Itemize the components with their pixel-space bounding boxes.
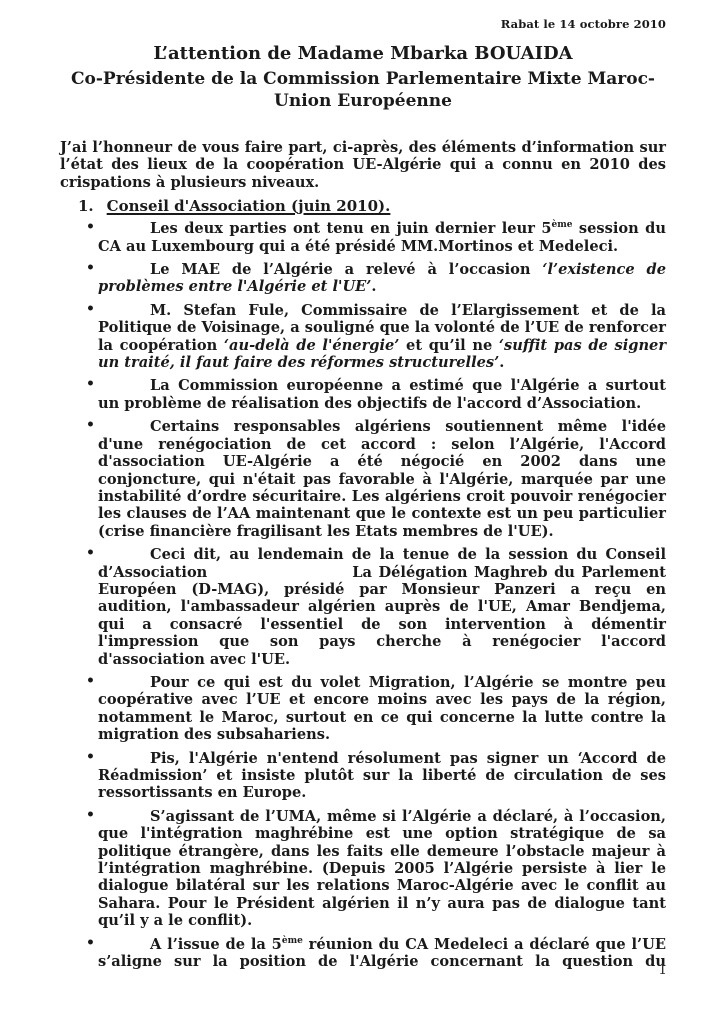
bullet-item: •La Commission européenne a estimé que l… [60, 377, 666, 412]
bullet-item: •S’agissant de l’UMA, même si l’Algérie … [60, 808, 666, 930]
text-segment: Certains responsables algériens soutienn… [98, 418, 666, 539]
bullet-item: •Le MAE de l’Algérie a relevé à l’occasi… [60, 261, 666, 296]
bullet-item: •Ceci dit, au lendemain de la tenue de l… [60, 546, 666, 668]
text-segment: . [371, 278, 376, 295]
text-segment: ème [551, 220, 572, 230]
bullet-item: •Pis, l'Algérie n'entend résolument pas … [60, 750, 666, 802]
letter-title: L’attention de Madame Mbarka BOUAIDA [60, 42, 666, 65]
bullet-dot-icon: • [86, 935, 95, 952]
text-segment: Le MAE de l’Algérie a relevé à l’occasio… [150, 261, 542, 278]
letter-subtitle: Co-Présidente de la Commission Parlement… [60, 68, 666, 112]
section-number: 1. [78, 197, 94, 215]
intro-paragraph: J’ai l’honneur de vous faire part, ci-ap… [60, 139, 666, 191]
bullet-item: •Les deux parties ont tenu en juin derni… [60, 220, 666, 255]
bullet-item: •Certains responsables algériens soutien… [60, 418, 666, 540]
bullet-item: •Pour ce qui est du volet Migration, l’A… [60, 674, 666, 744]
text-segment: La Commission européenne a estimé que l'… [98, 377, 666, 411]
section-title: Conseil d'Association (juin 2010). [107, 197, 391, 215]
page-content: Rabat le 14 octobre 2010 L’attention de … [60, 0, 666, 976]
bullet-dot-icon: • [86, 673, 95, 690]
section-heading: 1.Conseil d'Association (juin 2010). [60, 196, 666, 216]
text-segment: . [499, 354, 504, 371]
document-page: Rabat le 14 octobre 2010 L’attention de … [0, 0, 724, 1024]
text-segment: et qu’il ne [399, 337, 499, 354]
text-segment: S’agissant de l’UMA, même si l’Algérie a… [98, 808, 666, 929]
text-segment: Pis, l'Algérie n'entend résolument pas s… [98, 750, 666, 802]
bullet-dot-icon: • [86, 376, 95, 393]
bullet-dot-icon: • [86, 417, 95, 434]
bullet-dot-icon: • [86, 301, 95, 318]
text-segment: Pour ce qui est du volet Migration, l’Al… [98, 674, 666, 743]
text-segment: ème [282, 936, 303, 946]
bullet-list: •Les deux parties ont tenu en juin derni… [60, 220, 666, 970]
page-number: 1 [658, 962, 667, 978]
bullet-dot-icon: • [86, 545, 95, 562]
bullet-dot-icon: • [86, 807, 95, 824]
date-line: Rabat le 14 octobre 2010 [60, 17, 666, 31]
bullet-item: •A l’issue de la 5ème réunion du CA Mede… [60, 936, 666, 971]
text-segment: Les deux parties ont tenu en juin dernie… [150, 220, 551, 237]
text-segment: ‘au-delà de l'énergie’ [224, 337, 399, 354]
text-segment: A l’issue de la 5 [150, 936, 282, 953]
bullet-dot-icon: • [86, 260, 95, 277]
bullet-dot-icon: • [86, 749, 95, 766]
bullet-dot-icon: • [86, 219, 95, 236]
bullet-item: •M. Stefan Fule, Commissaire de l’Elargi… [60, 302, 666, 372]
